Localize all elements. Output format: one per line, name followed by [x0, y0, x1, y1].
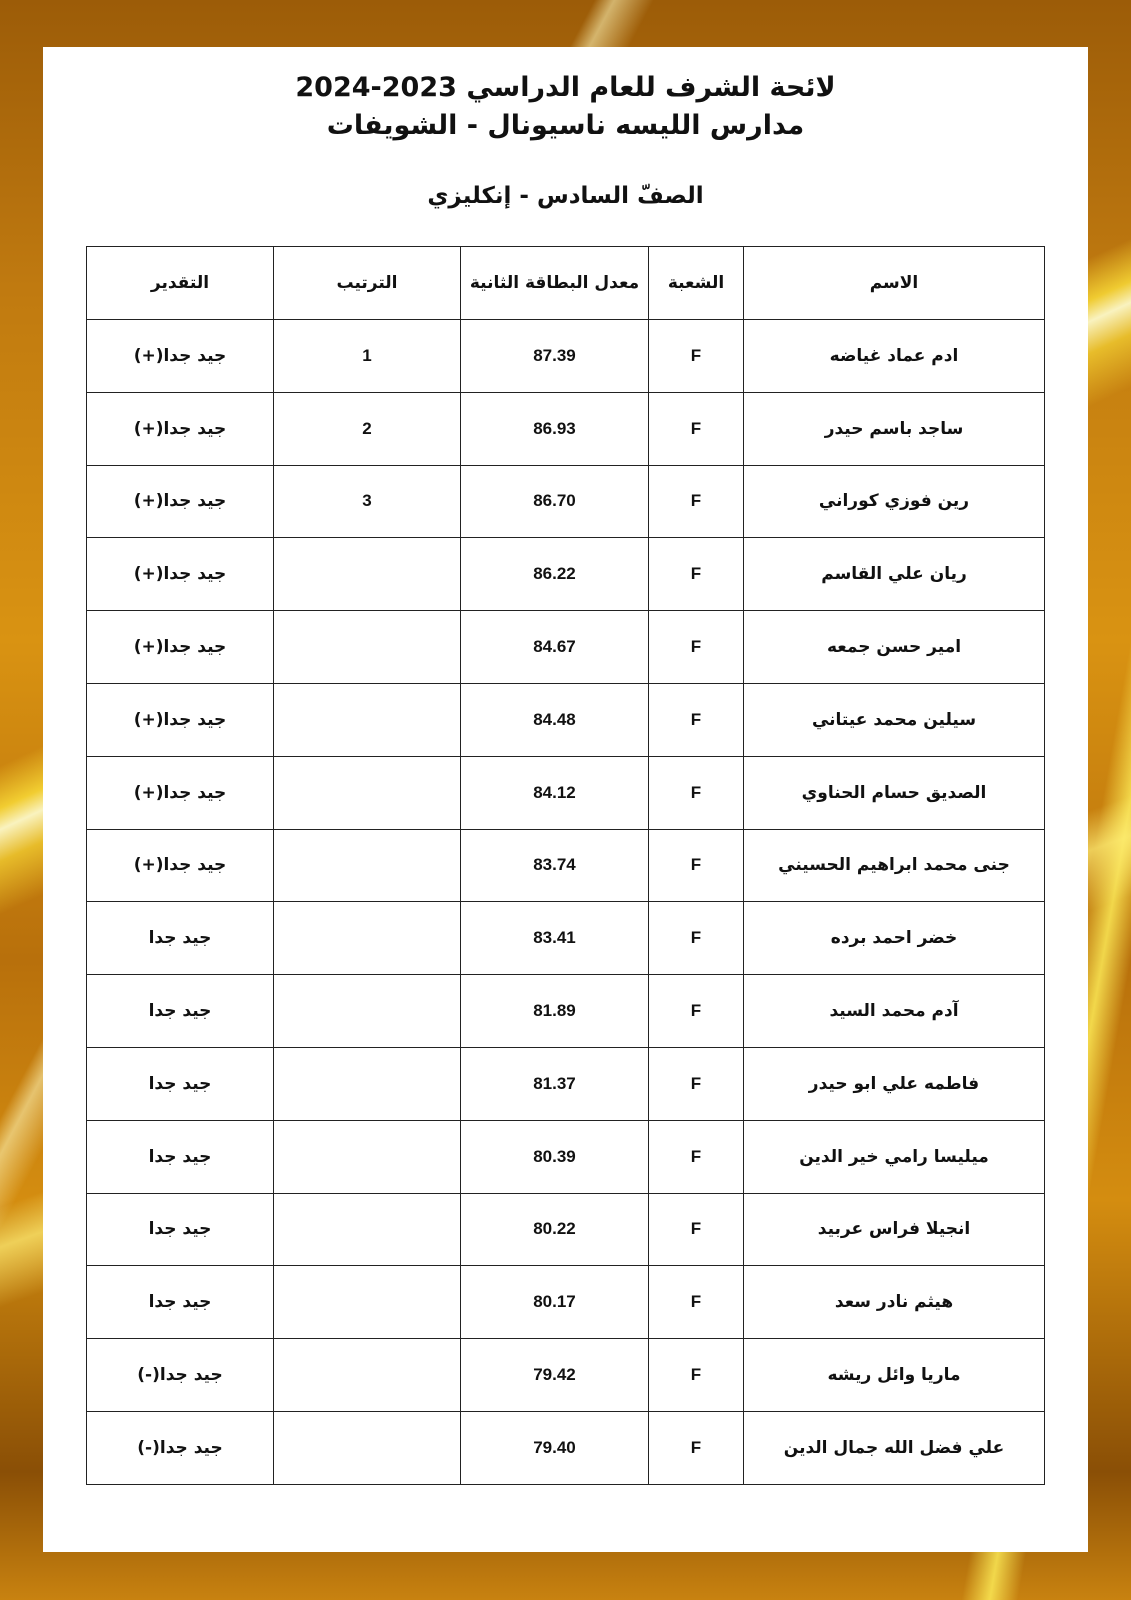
grade-cell: جيد جدا(-)	[87, 1339, 274, 1412]
section-cell: F	[649, 538, 744, 611]
student-name: علي فضل الله جمال الدين	[744, 1411, 1045, 1484]
section-cell: F	[649, 1339, 744, 1412]
grade-cell: جيد جدا(+)	[87, 829, 274, 902]
average-cell: 84.48	[461, 683, 649, 756]
rank-cell	[274, 611, 461, 684]
rank-cell	[274, 1120, 461, 1193]
average-cell: 81.37	[461, 1047, 649, 1120]
grade-cell: جيد جدا(+)	[87, 538, 274, 611]
section-cell: F	[649, 756, 744, 829]
student-name: انجيلا فراس عربيد	[744, 1193, 1045, 1266]
student-name: جنى محمد ابراهيم الحسيني	[744, 829, 1045, 902]
section-cell: F	[649, 1120, 744, 1193]
student-name: هيثم نادر سعد	[744, 1266, 1045, 1339]
student-name: ادم عماد غياضه	[744, 320, 1045, 393]
grade-cell: جيد جدا	[87, 975, 274, 1048]
student-name: خضر احمد برده	[744, 902, 1045, 975]
student-name: ساجد باسم حيدر	[744, 392, 1045, 465]
class-label: الصفّ السادس - إنكليزي	[43, 181, 1088, 211]
average-cell: 86.93	[461, 392, 649, 465]
section-cell: F	[649, 975, 744, 1048]
table-row: ماريا وائل ريشه F 79.42 جيد جدا(-)	[87, 1339, 1045, 1412]
table-row: ميليسا رامي خير الدين F 80.39 جيد جدا	[87, 1120, 1045, 1193]
grade-cell: جيد جدا	[87, 902, 274, 975]
average-cell: 79.42	[461, 1339, 649, 1412]
rank-cell	[274, 902, 461, 975]
average-cell: 80.17	[461, 1266, 649, 1339]
grade-cell: جيد جدا	[87, 1193, 274, 1266]
section-cell: F	[649, 392, 744, 465]
student-name: ماريا وائل ريشه	[744, 1339, 1045, 1412]
section-cell: F	[649, 1193, 744, 1266]
table-row: ساجد باسم حيدر F 86.93 2 جيد جدا(+)	[87, 392, 1045, 465]
honor-roll-card: لائحة الشرف للعام الدراسي 2023-2024 مدار…	[43, 47, 1088, 1552]
average-cell: 84.67	[461, 611, 649, 684]
section-cell: F	[649, 465, 744, 538]
average-cell: 83.74	[461, 829, 649, 902]
table-row: آدم محمد السيد F 81.89 جيد جدا	[87, 975, 1045, 1048]
section-cell: F	[649, 902, 744, 975]
table-header-row: الاسم الشعبة معدل البطاقة الثانية الترتي…	[87, 247, 1045, 320]
table-row: هيثم نادر سعد F 80.17 جيد جدا	[87, 1266, 1045, 1339]
average-cell: 81.89	[461, 975, 649, 1048]
rank-cell	[274, 756, 461, 829]
student-name: رين فوزي كوراني	[744, 465, 1045, 538]
grade-cell: جيد جدا(+)	[87, 756, 274, 829]
rank-cell	[274, 829, 461, 902]
table-row: امير حسن جمعه F 84.67 جيد جدا(+)	[87, 611, 1045, 684]
average-cell: 79.40	[461, 1411, 649, 1484]
column-header-average: معدل البطاقة الثانية	[461, 247, 649, 320]
grade-cell: جيد جدا	[87, 1047, 274, 1120]
grade-cell: جيد جدا(+)	[87, 465, 274, 538]
rank-cell: 3	[274, 465, 461, 538]
student-name: ريان علي القاسم	[744, 538, 1045, 611]
student-name: فاطمه علي ابو حيدر	[744, 1047, 1045, 1120]
grade-cell: جيد جدا	[87, 1266, 274, 1339]
table-body: ادم عماد غياضه F 87.39 1 جيد جدا(+) ساجد…	[87, 320, 1045, 1485]
average-cell: 87.39	[461, 320, 649, 393]
section-cell: F	[649, 683, 744, 756]
grade-cell: جيد جدا(-)	[87, 1411, 274, 1484]
rank-cell	[274, 683, 461, 756]
rank-cell	[274, 1266, 461, 1339]
column-header-grade: التقدير	[87, 247, 274, 320]
student-name: ميليسا رامي خير الدين	[744, 1120, 1045, 1193]
student-name: آدم محمد السيد	[744, 975, 1045, 1048]
section-cell: F	[649, 1047, 744, 1120]
grade-cell: جيد جدا(+)	[87, 611, 274, 684]
rank-cell	[274, 1411, 461, 1484]
document-title: لائحة الشرف للعام الدراسي 2023-2024	[43, 69, 1088, 107]
column-header-rank: الترتيب	[274, 247, 461, 320]
average-cell: 86.22	[461, 538, 649, 611]
section-cell: F	[649, 611, 744, 684]
rank-cell	[274, 1193, 461, 1266]
table-row: سيلين محمد عيتاني F 84.48 جيد جدا(+)	[87, 683, 1045, 756]
school-name: مدارس الليسه ناسيونال - الشويفات	[43, 107, 1088, 145]
column-header-name: الاسم	[744, 247, 1045, 320]
rank-cell	[274, 1047, 461, 1120]
average-cell: 80.22	[461, 1193, 649, 1266]
table-row: ريان علي القاسم F 86.22 جيد جدا(+)	[87, 538, 1045, 611]
table-row: خضر احمد برده F 83.41 جيد جدا	[87, 902, 1045, 975]
table-row: انجيلا فراس عربيد F 80.22 جيد جدا	[87, 1193, 1045, 1266]
student-name: الصديق حسام الحناوي	[744, 756, 1045, 829]
document-header: لائحة الشرف للعام الدراسي 2023-2024 مدار…	[43, 69, 1088, 211]
table-row: علي فضل الله جمال الدين F 79.40 جيد جدا(…	[87, 1411, 1045, 1484]
rank-cell: 1	[274, 320, 461, 393]
table-row: الصديق حسام الحناوي F 84.12 جيد جدا(+)	[87, 756, 1045, 829]
average-cell: 83.41	[461, 902, 649, 975]
average-cell: 84.12	[461, 756, 649, 829]
rank-cell	[274, 1339, 461, 1412]
student-name: امير حسن جمعه	[744, 611, 1045, 684]
rank-cell	[274, 975, 461, 1048]
table-row: رين فوزي كوراني F 86.70 3 جيد جدا(+)	[87, 465, 1045, 538]
table-row: فاطمه علي ابو حيدر F 81.37 جيد جدا	[87, 1047, 1045, 1120]
student-name: سيلين محمد عيتاني	[744, 683, 1045, 756]
grade-cell: جيد جدا	[87, 1120, 274, 1193]
table-row: جنى محمد ابراهيم الحسيني F 83.74 جيد جدا…	[87, 829, 1045, 902]
average-cell: 80.39	[461, 1120, 649, 1193]
rank-cell: 2	[274, 392, 461, 465]
column-header-section: الشعبة	[649, 247, 744, 320]
section-cell: F	[649, 1266, 744, 1339]
section-cell: F	[649, 320, 744, 393]
honor-roll-table: الاسم الشعبة معدل البطاقة الثانية الترتي…	[86, 246, 1045, 1485]
grade-cell: جيد جدا(+)	[87, 320, 274, 393]
table-row: ادم عماد غياضه F 87.39 1 جيد جدا(+)	[87, 320, 1045, 393]
grade-cell: جيد جدا(+)	[87, 392, 274, 465]
average-cell: 86.70	[461, 465, 649, 538]
rank-cell	[274, 538, 461, 611]
section-cell: F	[649, 829, 744, 902]
section-cell: F	[649, 1411, 744, 1484]
grade-cell: جيد جدا(+)	[87, 683, 274, 756]
